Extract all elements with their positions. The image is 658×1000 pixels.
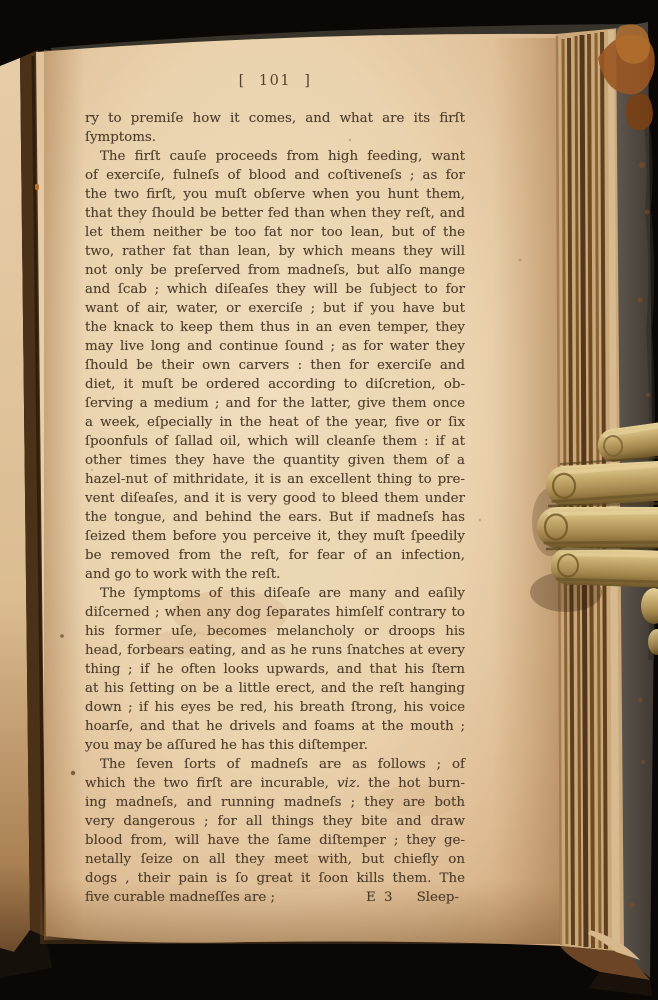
page-text-layer: [ 101 ] ry to premiſe how it comes, and … [0,0,658,1000]
text-line: that they ſhould be better fed than when… [85,204,465,223]
text-line: at his ſetting on be a little erect, and… [85,679,465,698]
text-line: The firſt cauſe proceeds from high feedi… [85,147,465,166]
text-line: head, forbears eating, and as he runs ſn… [85,641,465,660]
text-line: his former uſe, becomes melancholy or dr… [85,622,465,641]
text-line: blood from, will have the ſame diſtemper… [85,831,465,850]
text-line: a week, eſpecially in the heat of the ye… [85,413,465,432]
signature-mark: E 3 [366,888,393,907]
text-line: diet, it muſt be ordered according to di… [85,375,465,394]
text-line: the knack to keep them thus in an even t… [85,318,465,337]
page-number: [ 101 ] [85,73,465,89]
text-line: may live long and continue ſound ; as fo… [85,337,465,356]
last-text-line: five curable madneſſes are ; E 3 Sleep- [85,888,465,907]
text-line: of exerciſe, fulneſs of blood and coſtiv… [85,166,465,185]
text-line: other times they have the quantity given… [85,451,465,470]
text-line: the tongue, and behind the ears. But if … [85,508,465,527]
text-line: want of air, water, or exerciſe ; but if… [85,299,465,318]
text-line: ſeized them before you perceive it, they… [85,527,465,546]
text-line: diſcerned ; when any dog ſeparates himſe… [85,603,465,622]
text-line: very dangerous ; for all things they bit… [85,812,465,831]
text-line: two, rather fat than lean, by which mean… [85,242,465,261]
text-line: ſerving a medium ; and for the latter, g… [85,394,465,413]
text-line: the two firſt, you muſt obſerve when you… [85,185,465,204]
text-line: be removed from the reſt, for fear of an… [85,546,465,565]
catchword: Sleep- [417,888,459,907]
text-line: down ; if his eyes be red, his breath ſt… [85,698,465,717]
text-line: ing madneſs, and running madneſs ; they … [85,793,465,812]
text-line: hazel-nut of mithridate, it is an excell… [85,470,465,489]
text-line: dogs , their pain is ſo great it ſoon ki… [85,869,465,888]
text-block: ry to premiſe how it comes, and what are… [85,109,465,888]
text-line: hoarſe, and that he drivels and foams at… [85,717,465,736]
text-line: netally ſeize on all they meet with, but… [85,850,465,869]
text-line: you may be aſſured he has this diſtemper… [85,736,465,755]
last-line-text: five curable madneſſes are ; [85,888,275,907]
text-line: not only be preſerved from madneſs, but … [85,261,465,280]
text-line: let them neither be too fat nor too lean… [85,223,465,242]
text-line: vent diſeaſes, and it is very good to bl… [85,489,465,508]
text-line: The ſymptoms of this diſeaſe are many an… [85,584,465,603]
text-line: ſhould be their own carvers : then for e… [85,356,465,375]
text-line: which the two firſt are incurable, viz. … [85,774,465,793]
text-line: and ſcab ; which diſeaſes they will be ſ… [85,280,465,299]
text-line: ſymptoms. [85,128,465,147]
text-line: and go to work with the reſt. [85,565,465,584]
book-photo: [ 101 ] ry to premiſe how it comes, and … [0,0,658,1000]
text-line: The ſeven ſorts of madneſs are as follow… [85,755,465,774]
text-line: ſpoonfuls of ſallad oil, which will clea… [85,432,465,451]
text-line: thing ; if he often looks upwards, and t… [85,660,465,679]
text-line: ry to premiſe how it comes, and what are… [85,109,465,128]
